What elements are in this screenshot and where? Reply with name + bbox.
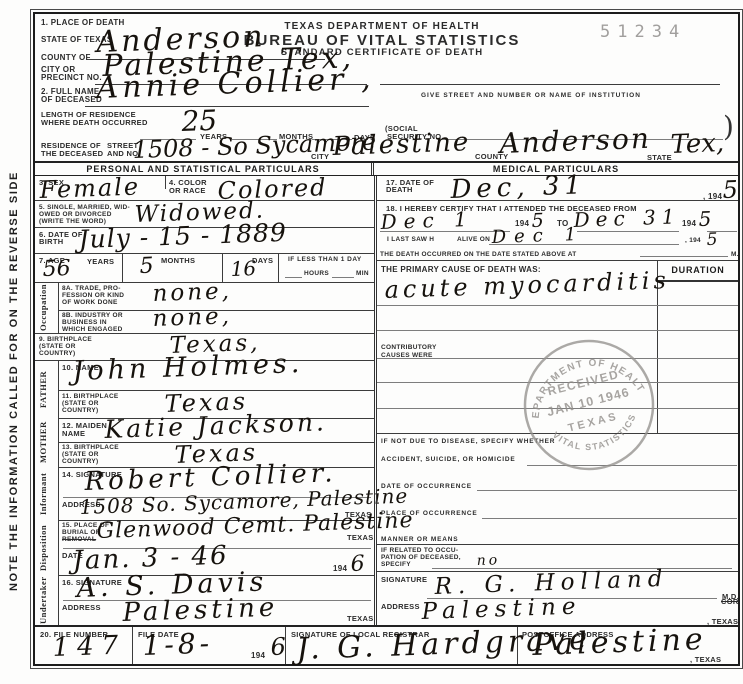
group-informant-label: Informant	[38, 467, 55, 520]
min-label: MIN	[356, 270, 369, 278]
postoffice-value: Palestine	[532, 625, 707, 661]
duration-label: DURATION	[658, 260, 738, 282]
institution-note: GIVE STREET AND NUMBER OR NAME OF INSTIT…	[421, 92, 641, 100]
occurred-m-label: M.	[731, 251, 739, 259]
city-label-2: PRECINCT NO.	[41, 73, 102, 83]
divider-line	[165, 176, 166, 189]
divider-line	[640, 256, 728, 257]
place-occurrence-label: PLACE OF OCCURRENCE	[381, 510, 477, 518]
manner-means-label: MANNER OR MEANS	[381, 536, 458, 544]
section-header-row: PERSONAL AND STATISTICAL PARTICULARS MED…	[35, 161, 738, 176]
to-year-hw: 5	[698, 209, 711, 229]
group-occupation-label: Occupation	[38, 282, 55, 333]
sex-value: Female	[39, 175, 140, 202]
last-saw-year-hw: 5	[706, 232, 717, 249]
mother-birthplace-label-3: COUNTRY)	[62, 458, 98, 466]
registrar-row: 20. FILE NUMBER 147 FILE DATE 1-8- 194 6…	[35, 625, 738, 664]
birth-date-value: July - 15 - 1889	[78, 220, 287, 252]
reverse-side-note: NOTE THE INFORMATION CALLED FOR ON THE R…	[8, 128, 28, 634]
physician-address-value: Palestine	[421, 595, 582, 624]
trade-value: none,	[152, 280, 232, 306]
group-mother-label: MOTHER	[38, 418, 55, 467]
age-months-value: 5	[139, 256, 154, 278]
age-days-label: DAYS	[252, 256, 273, 265]
file-year-print: 194	[251, 651, 265, 661]
industry-label-3: WHICH ENGAGED	[62, 326, 123, 334]
burial-state: TEXAS	[347, 533, 374, 542]
date-of-death-label-2: DEATH	[386, 185, 413, 194]
divider-line	[489, 244, 679, 245]
divider-line	[477, 490, 737, 491]
residence-label-2: THE DECEASED	[41, 149, 103, 158]
divider-line	[132, 627, 133, 664]
attended-to-value: Dec 31	[573, 206, 681, 230]
accident-label: ACCIDENT, SUICIDE, OR HOMICIDE	[381, 456, 516, 464]
physician-signature-label: SIGNATURE	[381, 575, 427, 584]
contributory-label-1: CONTRIBUTORY	[381, 344, 437, 352]
physician-address-label: ADDRESS	[381, 602, 420, 611]
undertaker-address-label: ADDRESS	[62, 603, 101, 612]
birth-date-label-2: BIRTH	[39, 237, 63, 246]
divider-line	[482, 518, 737, 519]
group-disposition-label: Disposition	[38, 520, 55, 575]
divider-line	[380, 84, 720, 85]
city2-value: Palestine	[332, 129, 471, 160]
length-residence-label-2: WHERE DEATH OCCURRED	[41, 118, 148, 127]
hours-label: HOURS	[304, 270, 329, 278]
if-less-than-day-label: IF LESS THAN 1 DAY	[288, 256, 362, 264]
last-saw-label-1: I LAST SAW H	[387, 236, 434, 244]
file-number-value: 147	[52, 632, 127, 661]
related-label-3: SPECIFY	[381, 561, 411, 569]
divider-line	[58, 282, 59, 333]
full-name-label-2: OF DECEASED	[41, 95, 102, 105]
attended-from-value: Dec 1	[380, 209, 474, 232]
divider-line	[58, 360, 59, 625]
divider-line	[377, 544, 738, 545]
color-race-label-2: OR RACE	[169, 186, 206, 195]
age-years-value: 56	[42, 258, 71, 281]
cor-label: COR	[721, 597, 739, 606]
mother-name-label-2: NAME	[62, 429, 85, 438]
dod-year-hw: 5	[722, 177, 738, 202]
trade-label-3: OF WORK DONE	[62, 299, 118, 307]
divider-line	[285, 277, 302, 278]
last-saw-label-2: ALIVE ON	[457, 236, 490, 244]
to-year-print: 194	[682, 219, 696, 229]
burial-label-3: REMOVAL	[62, 536, 96, 544]
divider-line	[122, 253, 123, 282]
postoffice-state: , TEXAS	[690, 655, 721, 664]
age-years-label: YEARS	[87, 257, 114, 266]
county2-value: Anderson	[499, 125, 651, 158]
burial-year-print: 194	[333, 564, 347, 574]
undertaker-address-value: Palestine	[122, 595, 279, 626]
certificate-number-stamp: 51234	[600, 22, 686, 42]
industry-value: none,	[152, 305, 232, 331]
group-undertaker-label: Undertaker	[38, 575, 55, 625]
full-name-value: Annie Collier ,	[96, 64, 375, 104]
death-certificate-scan: NOTE THE INFORMATION CALLED FOR ON THE R…	[0, 0, 743, 684]
divider-line	[577, 231, 679, 232]
city2-label: CITY	[311, 152, 329, 161]
group-father-label: FATHER	[38, 360, 55, 418]
father-name-value: John Holmes.	[72, 350, 304, 385]
father-birthplace-label-3: COUNTRY)	[62, 407, 98, 415]
divider-line	[377, 305, 738, 306]
stamp-state-text: TEXAS	[567, 410, 620, 434]
divider-line	[332, 277, 354, 278]
last-saw-year-print: , 194	[685, 237, 701, 245]
mother-name-value: Katie Jackson.	[104, 409, 327, 442]
age-months-label: MONTHS	[161, 256, 195, 265]
related-answer-value: no	[477, 553, 501, 568]
birthplace-label-3: COUNTRY)	[39, 350, 75, 358]
divider-line	[278, 253, 279, 282]
state2-value: Tex,	[670, 130, 725, 158]
date-occurrence-label: DATE OF OCCURRENCE	[381, 483, 472, 491]
death-occurred-label: THE DEATH OCCURRED ON THE DATE STATED AB…	[380, 251, 577, 259]
date-of-death-value: Dec, 31	[450, 172, 586, 203]
county-label: COUNTY OF	[41, 53, 91, 63]
file-year-hw: 6	[270, 634, 286, 659]
divider-line	[85, 106, 369, 107]
personal-column: Occupation FATHER MOTHER Informant Dispo…	[35, 176, 374, 625]
received-stamp: DEPARTMENT OF HEALTH RECEIVED JAN 10 194…	[514, 330, 664, 480]
burial-year-hw: 6	[350, 554, 365, 576]
file-date-value: 1-8-	[142, 630, 213, 660]
ssn-paren-close: )	[723, 110, 734, 143]
undertaker-address-state: TEXAS	[347, 614, 374, 623]
divider-line	[377, 200, 738, 201]
